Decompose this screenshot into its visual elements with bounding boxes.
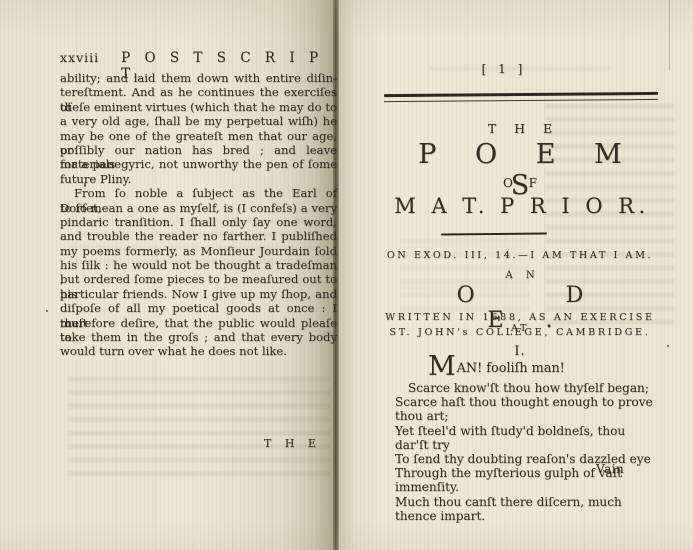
page-number: [ 1 ]: [384, 62, 624, 76]
title-poems: P O E M S: [384, 139, 656, 201]
text-line: particular friends. Now I give up my ſho…: [60, 287, 337, 301]
poem-stanza: Scarce know'ſt thou how thyſelf began; S…: [395, 381, 655, 523]
epigraph: ON EXOD. III, 14.—I AM THAT I AM.: [384, 250, 656, 261]
photo-shading-top: [0, 0, 693, 40]
text-line: take them in the groſs ; and that every …: [60, 330, 337, 344]
poem-line: Yet ſteel'd with ſtudy'd boldneſs, thou …: [395, 424, 655, 452]
poem-line: Much thou canſt there diſcern, much then…: [395, 495, 655, 523]
text-line: therefore deſire, that the public would …: [60, 316, 337, 330]
drop-cap: M: [428, 351, 456, 382]
text-line: future Pliny.: [60, 172, 337, 186]
text-line: to ſo mean a one as myſelf, is (I confeſ…: [60, 201, 337, 215]
text-line: ability; and laid them down with entire …: [60, 71, 337, 85]
an-label: A N: [384, 270, 656, 281]
text-line: for a panegyric, not unworthy the pen of…: [60, 157, 337, 171]
poem-opening-line: MAN! fooliſh man!: [428, 357, 565, 377]
text-line: may be one of the greateſt men that our …: [60, 129, 337, 143]
paper-speck: [667, 345, 669, 347]
text-line: a very old age, ſhall be my perpetual wi…: [60, 114, 337, 128]
text-line: diſpoſe of all my poetical goods at once…: [60, 301, 337, 315]
text-line: theſe eminent virtues (which that he may…: [60, 100, 337, 114]
paper-speck: [46, 310, 48, 312]
text-line: but ordered ſome pieces to be meaſured o…: [60, 272, 337, 286]
catchword: Vain: [596, 462, 624, 476]
poem-opening-rest: AN! fooliſh man!: [457, 361, 565, 376]
text-line: tereſtment. And as he continues the exer…: [60, 85, 337, 99]
title-the: T H E: [384, 121, 656, 136]
title-of: O F: [384, 176, 656, 190]
postscript-text: ability; and laid them down with entire …: [60, 71, 337, 359]
rule-thick: [384, 92, 658, 98]
book-spread: xxviii P O S T S C R I P T. ability; and…: [0, 0, 693, 550]
text-line: and trouble the reader no farther. I pub…: [60, 229, 337, 243]
text-line: his ſilk : he would not be thought a tra…: [60, 258, 337, 272]
text-line: pindaric tranſition. I ſhall only ſay on…: [60, 215, 337, 229]
poem-line: Scarce haſt thou thought enough to prove…: [395, 395, 655, 423]
poem-line: Scarce know'ſt thou how thyſelf began;: [395, 381, 655, 395]
page-crease: [669, 0, 670, 70]
title-author: M A T. P R I O R.: [384, 194, 656, 218]
text-line: my poems formerly, as Monſieur Jourdain …: [60, 244, 337, 258]
text-line: poſſibly our nation has bred ; and leave…: [60, 143, 337, 157]
catchword: T H E: [264, 437, 321, 450]
text-line: From ſo noble a ſubject as the Earl of D…: [60, 186, 337, 200]
photo-shading-bottom: [0, 520, 693, 550]
text-line: would turn over what he does not like.: [60, 344, 337, 358]
folio-number: xxviii: [60, 50, 99, 65]
subtitle-line-2: ST. JOHN's COLLEGE, CAMBRIDGE.: [384, 327, 656, 338]
